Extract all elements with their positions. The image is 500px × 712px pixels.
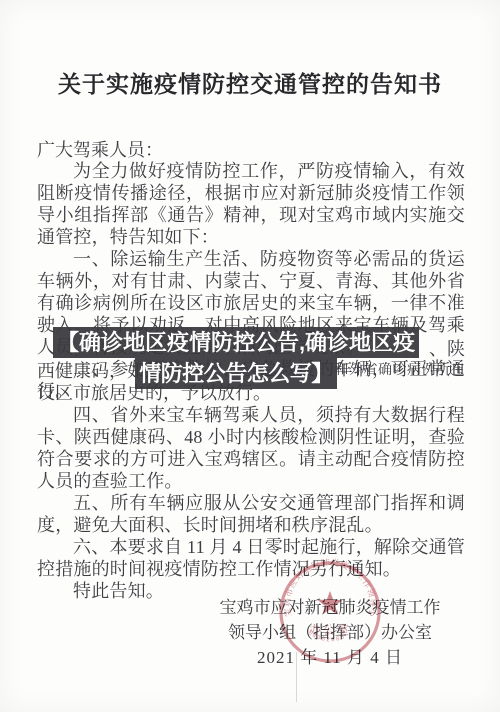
subtitle-caption-overlay: 【确诊地区疫情防控公告,确诊地区疫 情防控公告怎么写】 bbox=[0, 327, 472, 389]
paragraph-item-6: 六、本要求自 11 月 4 日零时起施行，解除交通管控措施的时间视疫情防控工作情… bbox=[37, 536, 465, 580]
signature-org-line-1: 宝鸡市应对新冠肺炎疫情工作 bbox=[185, 595, 475, 620]
signature-org-line-2: 领导小组（指挥部）办公室 bbox=[185, 620, 475, 645]
scanned-notice-page: 关于实施疫情防控交通管控的告知书 广大驾乘人员： 为全力做好疫情防控工作，严防疫… bbox=[0, 0, 500, 712]
signature-date: 2021 年 11 月 4 日 bbox=[185, 645, 475, 670]
caption-line-2: 情防控公告怎么写】 bbox=[135, 358, 337, 389]
paragraph-item-4: 四、省外来宝车辆驾乘人员，须持有大数据行程卡、陕西健康码、48 小时内核酸检测阴… bbox=[37, 404, 465, 492]
paragraph-intro: 为全力做好疫情防控工作，严防疫情输入，有效阻断疫情传播途径，根据市应对新冠肺炎疫… bbox=[37, 160, 465, 248]
signature-block: 宝鸡市应对新冠肺炎疫情工作 领导小组（指挥部）办公室 2021 年 11 月 4… bbox=[185, 595, 475, 670]
caption-line-1: 【确诊地区疫情防控公告,确诊地区疫 bbox=[53, 327, 419, 358]
paragraph-item-5: 五、所有车辆应服从公安交通管理部门指挥和调度，避免大面积、长时间拥堵和秩序混乱。 bbox=[37, 492, 465, 536]
notice-body-bottom: 四、省外来宝车辆驾乘人员，须持有大数据行程卡、陕西健康码、48 小时内核酸检测阴… bbox=[37, 404, 465, 602]
notice-title: 关于实施疫情防控交通管控的告知书 bbox=[0, 66, 500, 99]
notice-salutation: 广大驾乘人员： bbox=[37, 136, 163, 162]
